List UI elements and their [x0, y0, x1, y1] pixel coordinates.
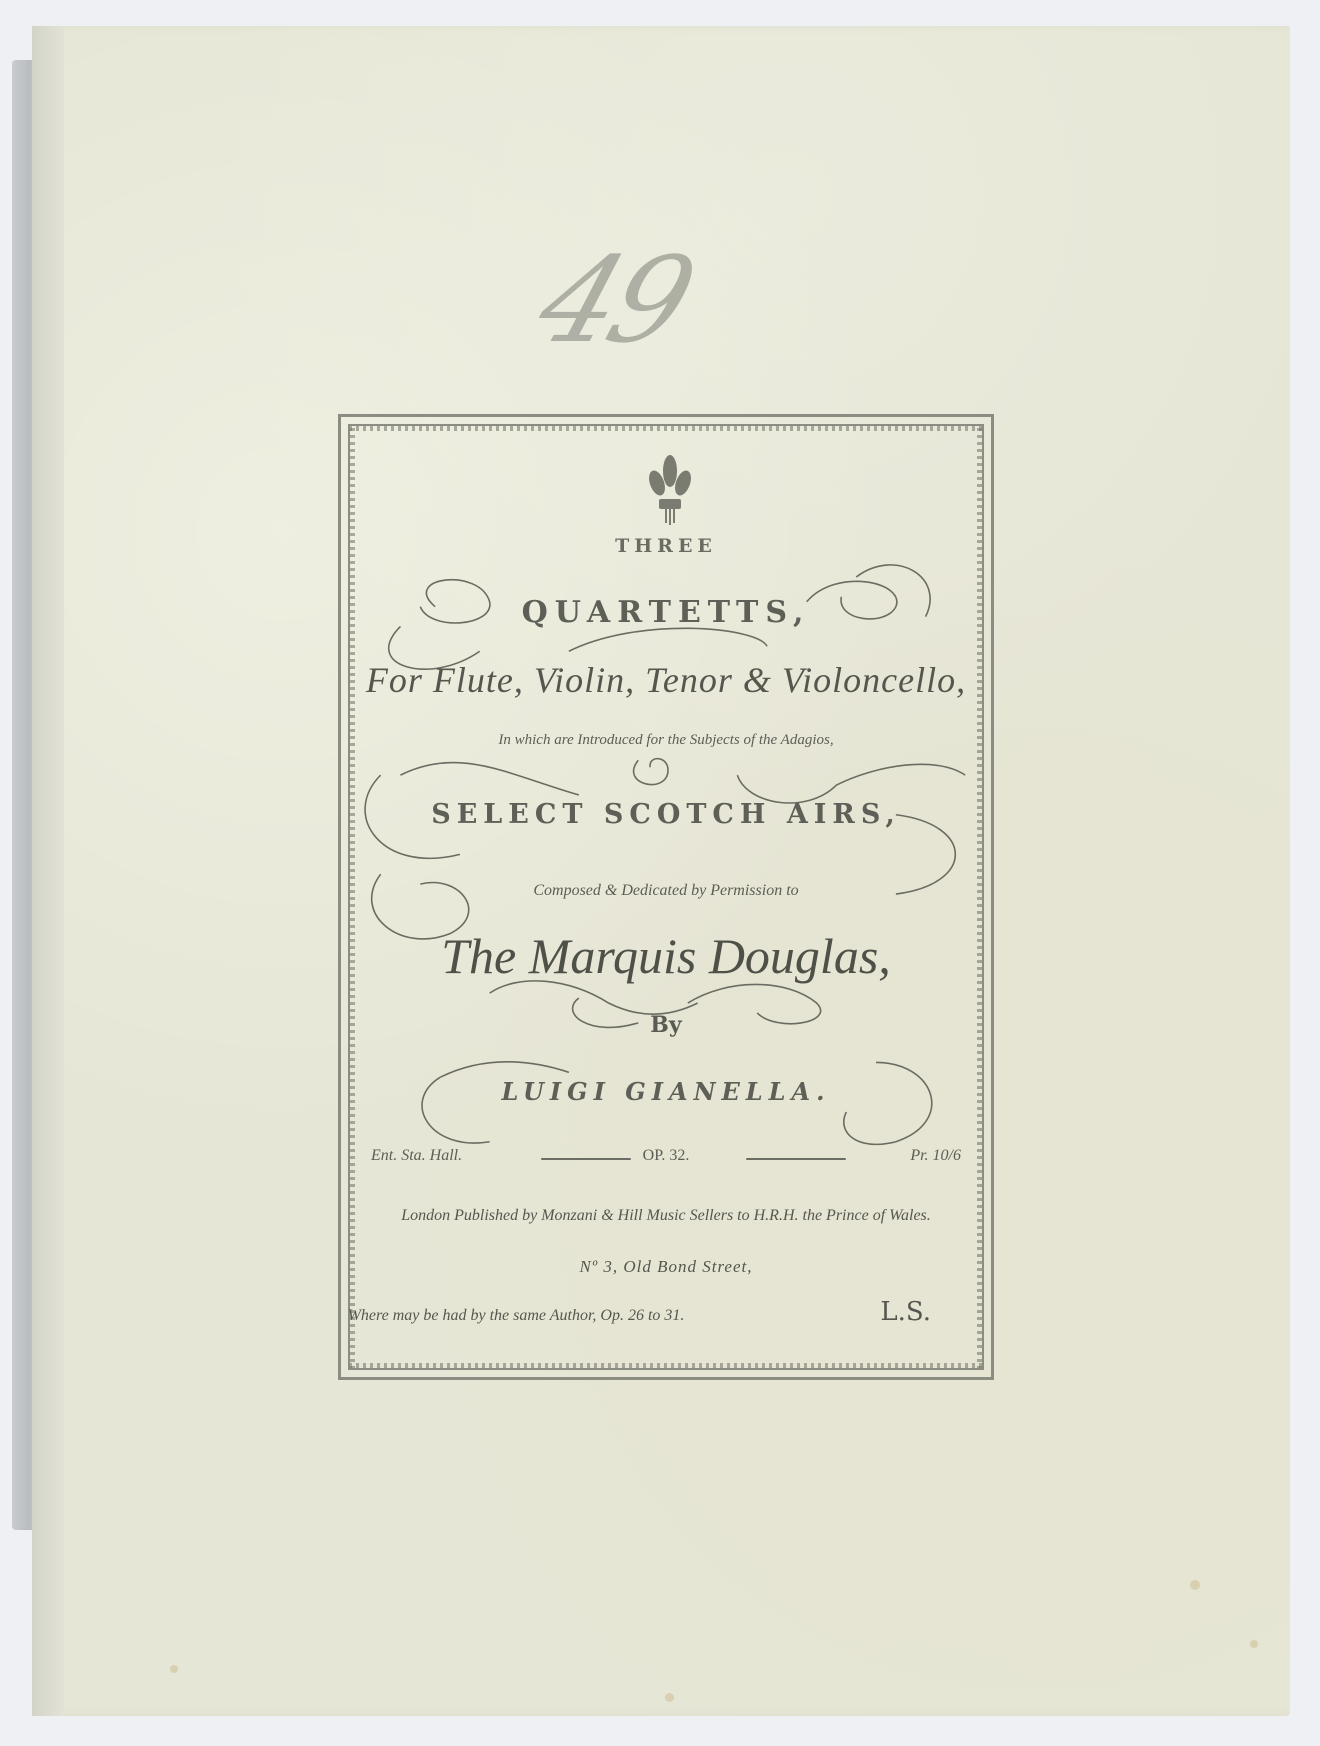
publication-details-row: Ent. Sta. Hall. OP. 32. Pr. 10/6	[371, 1147, 961, 1171]
composer-name: LUIGI GIANELLA.	[341, 1077, 991, 1106]
dedicatee: The Marquis Douglas,	[341, 927, 991, 985]
prince-of-wales-feathers-icon	[646, 451, 694, 531]
foxing-stain	[1250, 1640, 1258, 1648]
handwritten-catalog-number: 49	[521, 225, 800, 375]
select-scotch-airs: SELECT SCOTCH AIRS,	[341, 799, 991, 830]
page-spine	[32, 26, 64, 1716]
intro-text: In which are Introduced for the Subjects…	[341, 732, 991, 749]
title-quartetts: QUARTETTS,	[341, 595, 991, 630]
foxing-stain	[1190, 1580, 1200, 1590]
availability-note: Where may be had by the same Author, Op.…	[191, 1307, 991, 1325]
foxing-stain	[665, 1693, 674, 1702]
opus-number: OP. 32.	[371, 1147, 961, 1165]
title-content: THREE QUARTETTS, For Flute, Violin, Teno…	[341, 417, 991, 1377]
title-three: THREE	[341, 535, 991, 557]
publisher-line: London Published by Monzani & Hill Music…	[341, 1207, 991, 1225]
dedication-text: Composed & Dedicated by Permission to	[341, 882, 991, 900]
divider-rule	[746, 1158, 846, 1160]
by-text: By	[341, 1012, 991, 1038]
publisher-address: Nº 3, Old Bond Street,	[341, 1257, 991, 1277]
price: Pr. 10/6	[910, 1147, 961, 1165]
instrumentation: For Flute, Violin, Tenor & Violoncello,	[341, 659, 991, 701]
engraver-initials: L.S.	[880, 1297, 931, 1327]
title-frame: THREE QUARTETTS, For Flute, Violin, Teno…	[338, 414, 994, 1380]
